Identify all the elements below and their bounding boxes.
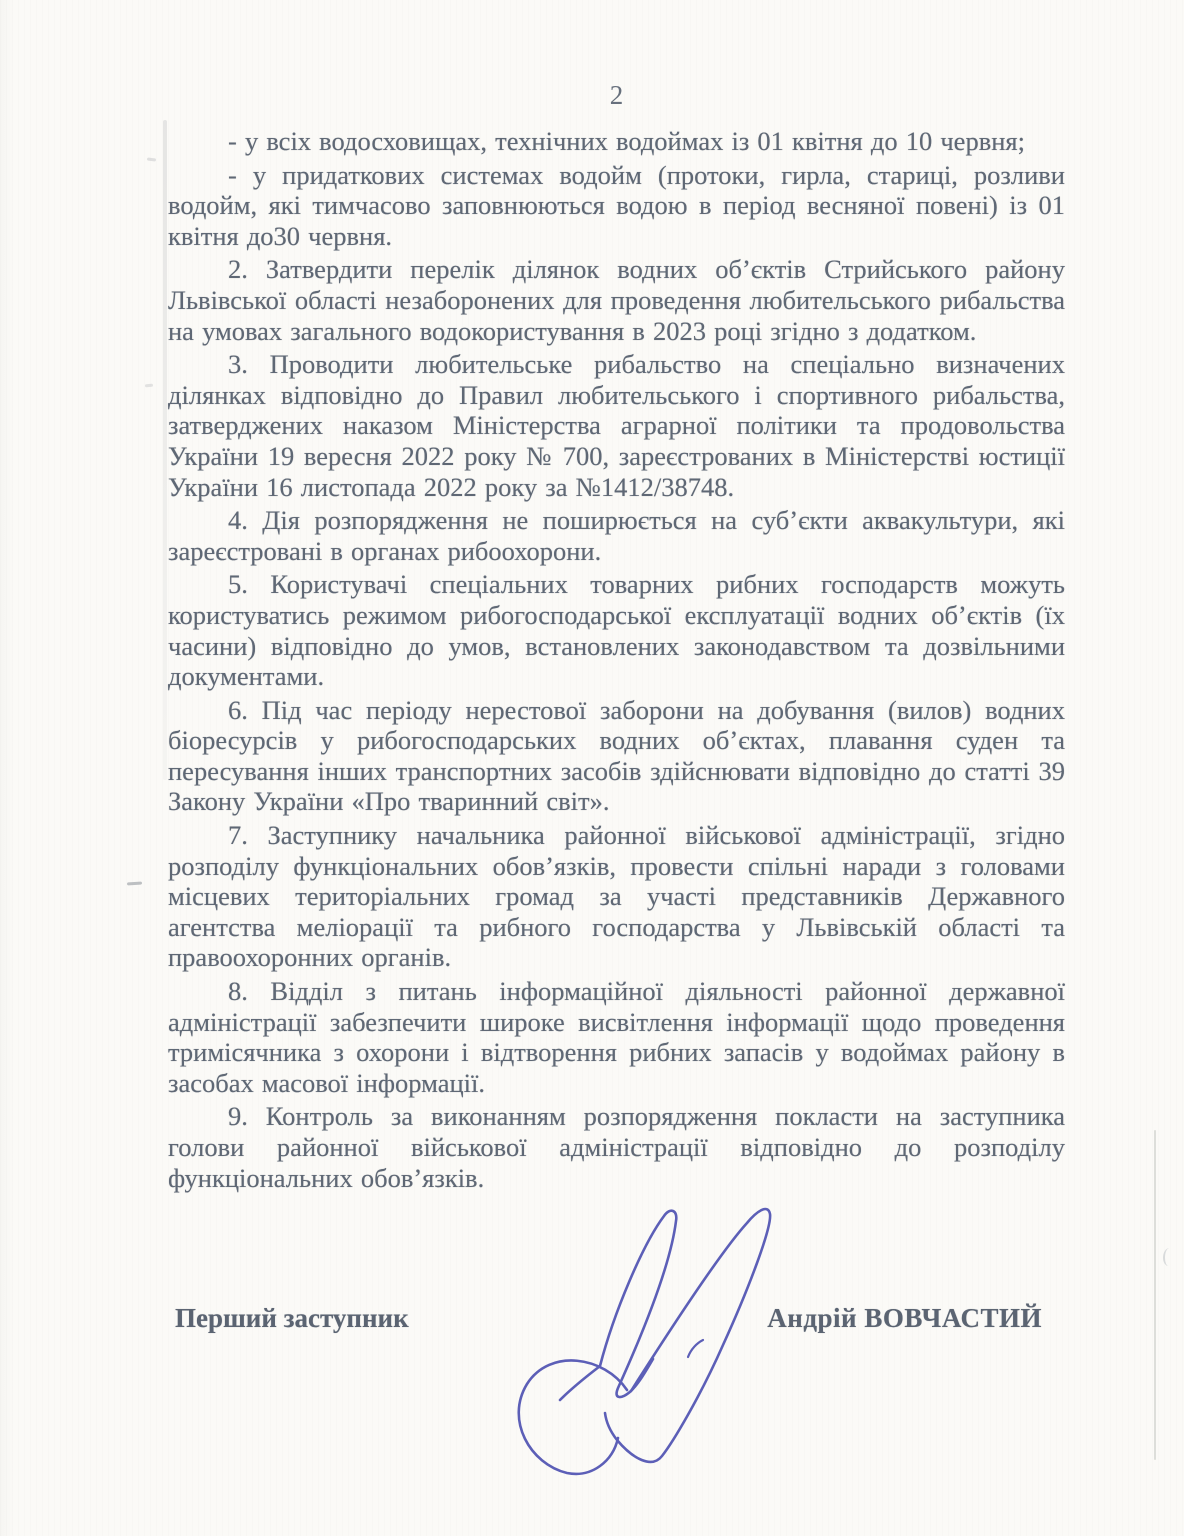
para-item-8: 8. Відділ з питань інформаційної діяльно…	[168, 976, 1065, 1098]
para-bullet-b: - у придаткових системах водойм (протоки…	[168, 160, 1065, 252]
scan-fold-shadow	[163, 120, 167, 780]
para-item-7: 7. Заступнику начальника районної військ…	[168, 820, 1065, 973]
document-body: - у всіх водосховищах, технічних водойма…	[168, 126, 1065, 1196]
scan-artifact-smudge	[145, 384, 153, 388]
para-item-6: 6. Під час періоду нерестової заборони н…	[168, 695, 1065, 817]
page-number: 2	[168, 80, 1065, 111]
scan-artifact-pen-mark	[1163, 1248, 1175, 1266]
signatory-name: Андрій ВОВЧАСТИЙ	[767, 1303, 1042, 1334]
signature-ink	[500, 1190, 800, 1510]
para-item-3: 3. Проводити любительське рибальство на …	[168, 349, 1065, 502]
scan-artifact-edge-line	[1154, 1130, 1156, 1460]
scan-artifact-dash	[127, 881, 142, 885]
scanned-document-page: 2 - у всіх водосховищах, технічних водой…	[0, 0, 1184, 1536]
para-item-9: 9. Контроль за виконанням розпорядження …	[168, 1101, 1065, 1193]
para-item-4: 4. Дія розпорядження не поширюється на с…	[168, 505, 1065, 566]
para-item-2: 2. Затвердити перелік ділянок водних об’…	[168, 254, 1065, 346]
para-item-5: 5. Користувачі спеціальних товарних рибн…	[168, 569, 1065, 691]
signatory-position-title: Перший заступник	[175, 1303, 409, 1334]
para-bullet-a: - у всіх водосховищах, технічних водойма…	[168, 126, 1065, 157]
scan-artifact-smudge	[147, 157, 156, 161]
